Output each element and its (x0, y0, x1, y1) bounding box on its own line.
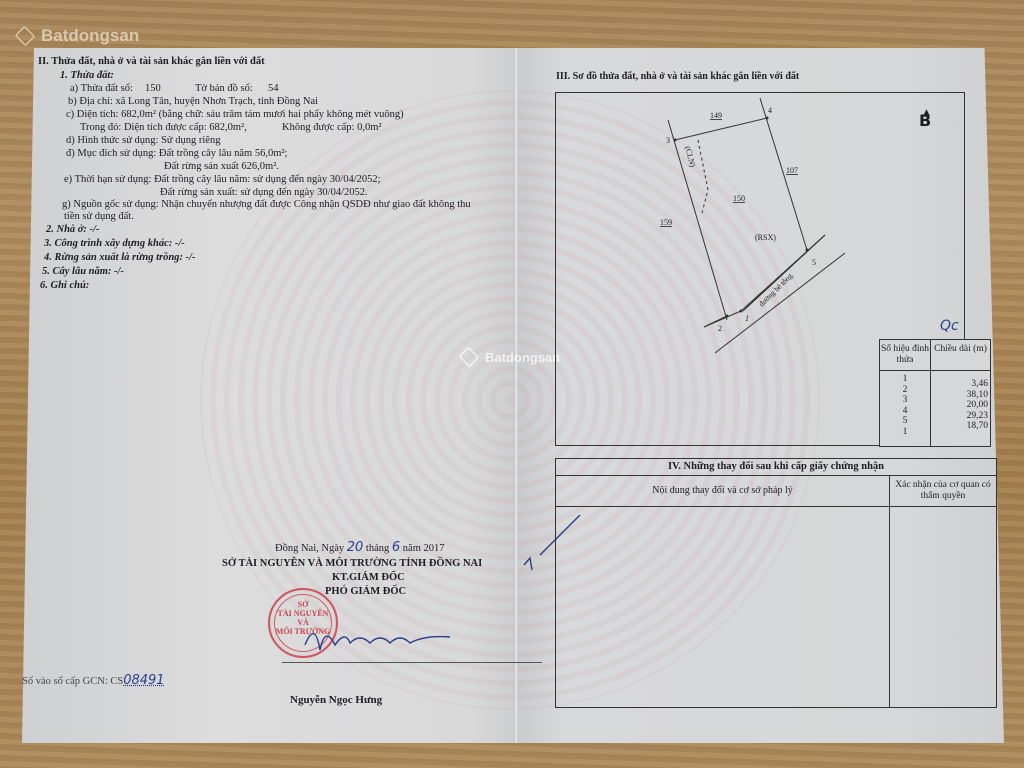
land-type-rsx: (RSX) (755, 233, 776, 242)
length-column: 3,46 38,10 20,00 29,23 18,70 (931, 371, 990, 446)
usage-purpose: đ) Mục đích sử dụng: Đất trồng cây lâu n… (66, 148, 287, 160)
parcel-149: 149 (710, 111, 722, 120)
vertex-length-table: Số hiệu đỉnh thửa Chiều dài (m) 1 2 3 4 … (879, 339, 991, 447)
handwritten-initials: Qc (940, 318, 959, 334)
item-production-forest: 4. Rừng sản xuất là rừng trồng: -/- (44, 252, 195, 264)
place-date-prefix: Đồng Nai, Ngày (275, 543, 344, 554)
parcel-107: 107 (786, 166, 798, 175)
year-label: năm 2017 (403, 543, 445, 554)
signer-title-2: PHÓ GIÁM ĐỐC (325, 586, 406, 598)
section2-heading: II. Thửa đất, nhà ở và tài sản khác gắn … (38, 56, 265, 68)
north-arrow-icon: ▲B (919, 115, 931, 127)
vertex-column: 1 2 3 4 5 1 (880, 371, 931, 446)
vertex-5: 5 (812, 258, 816, 267)
length-cell: 18,70 (931, 421, 988, 432)
parcel-number-value: 150 (145, 83, 161, 95)
section3-heading: III. Sơ đồ thửa đất, nhà ở và tài sản kh… (556, 71, 799, 83)
watermark-brand: Batdongsan (41, 26, 139, 46)
length-cell: 29,23 (931, 411, 988, 422)
area: c) Diện tích: 682,0m² (bằng chữ: sáu tră… (66, 109, 404, 121)
signature-line (282, 662, 542, 663)
usage-term: e) Thời hạn sử dụng: Đất trồng cây lâu n… (64, 174, 381, 186)
vertex-cell: 5 (880, 416, 930, 427)
registry-number: Số vào sổ cấp GCN: CS08491 (22, 675, 165, 688)
length-cell: 38,10 (931, 390, 988, 401)
address: b) Địa chỉ: xã Long Tân, huyện Nhơn Trạc… (68, 96, 318, 108)
registry-number-value: 08491 (123, 673, 164, 688)
vertex-1: 1 (745, 314, 749, 323)
section4-heading: IV. Những thay đổi sau khi cấp giấy chứn… (556, 459, 996, 476)
stamp-line: SỞ (270, 600, 336, 609)
parcel-number-label: a) Thửa đất số: (70, 83, 133, 95)
road-label: đường bê tông (757, 271, 794, 308)
signer-title-1: KT.GIÁM ĐỐC (332, 572, 405, 584)
parcel-heading: 1. Thửa đất: (60, 70, 114, 82)
vertex-cell: 4 (880, 406, 930, 417)
date-month: 6 (392, 540, 400, 555)
issuing-agency: SỞ TÀI NGUYÊN VÀ MÔI TRƯỜNG TỈNH ĐỒNG NA… (222, 558, 482, 570)
page-fold (514, 48, 518, 743)
length-cell: 20,00 (931, 400, 988, 411)
changes-content-cell (556, 507, 890, 707)
handwritten-signature (300, 615, 470, 665)
map-sheet-value: 54 (268, 83, 279, 95)
item-perennial-trees: 5. Cây lâu năm: -/- (42, 266, 124, 278)
usage-purpose-2: Đất rừng sản xuất 626,0m². (164, 161, 279, 173)
length-cell: 3,46 (931, 379, 988, 390)
vertex-3: 3 (666, 136, 670, 145)
watermark-center: Batdongsan (458, 347, 560, 367)
area-granted: Trong đó: Diện tích được cấp: 682,0m², (80, 122, 247, 134)
item-other-construction: 3. Công trình xây dựng khác: -/- (44, 238, 185, 250)
land-type-cln: (CLN) (683, 145, 697, 168)
signer-name: Nguyễn Ngọc Hưng (290, 694, 382, 706)
parcel-sketch: 3 4 5 2 1 149 107 150 159 (RSX) (CLN) đư… (640, 95, 870, 360)
map-sheet-label: Tờ bản đồ số: (195, 83, 253, 95)
item-house: 2. Nhà ở: -/- (46, 224, 99, 236)
area-not-granted: Không được cấp: 0,0m² (282, 122, 382, 134)
col-length-header: Chiều dài (m) (931, 340, 990, 370)
vertex-cell: 1 (880, 374, 930, 385)
date-day: 20 (347, 540, 364, 555)
usage-origin-2: tiền sử dụng đất. (64, 211, 134, 223)
parcel-159: 159 (660, 218, 672, 227)
authority-confirmation-header: Xác nhận của cơ quan có thẩm quyền (890, 476, 996, 506)
usage-term-2: Đất rừng sản xuất: sử dụng đến ngày 30/0… (160, 187, 368, 199)
vertex-cell: 3 (880, 395, 930, 406)
house-logo-icon (15, 26, 36, 47)
item-notes: 6. Ghi chú: (40, 280, 89, 292)
registry-label: Số vào sổ cấp GCN: CS (22, 676, 123, 687)
usage-form: d) Hình thức sử dụng: Sử dụng riêng (66, 135, 220, 147)
parcel-150: 150 (733, 194, 745, 203)
house-logo-icon (459, 347, 480, 368)
vertex-cell: 1 (880, 427, 930, 438)
vertex-4: 4 (768, 106, 772, 115)
watermark-top: Batdongsan (14, 26, 139, 46)
col-vertex-header: Số hiệu đỉnh thửa (880, 340, 931, 370)
changes-content-header: Nội dung thay đổi và cơ sở pháp lý (556, 476, 890, 506)
vertex-2: 2 (718, 324, 722, 333)
authority-confirmation-cell (890, 507, 996, 707)
changes-table: IV. Những thay đổi sau khi cấp giấy chứn… (555, 458, 997, 708)
vertex-cell: 2 (880, 385, 930, 396)
place-date: Đồng Nai, Ngày 20 tháng 6 năm 2017 (275, 542, 444, 555)
month-label: tháng (366, 543, 389, 554)
usage-origin: g) Nguồn gốc sử dụng: Nhận chuyển nhượng… (62, 199, 471, 211)
watermark-brand: Batdongsan (485, 350, 560, 365)
